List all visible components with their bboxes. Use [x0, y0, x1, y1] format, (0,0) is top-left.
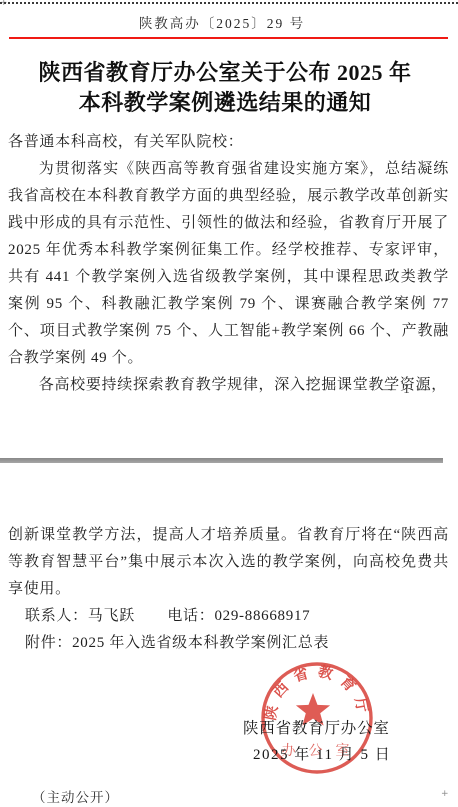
red-header-rule	[9, 37, 448, 39]
contact-phone: 电话：029-88668917	[167, 608, 310, 624]
document-title: 陕西省教育厅办公室关于公布 2025 年 本科教学案例遴选结果的通知	[0, 58, 450, 118]
page2-body: 创新课堂教学方法，提高人才培养质量。省教育厅将在“陕西高等教育智慧平台”集中展示…	[8, 522, 449, 657]
signature-date: 2025 年 11 月 5 日	[253, 743, 391, 764]
paragraph-2-page2: 创新课堂教学方法，提高人才培养质量。省教育厅将在“陕西高等教育智慧平台”集中展示…	[8, 522, 449, 603]
paragraph-1: 为贯彻落实《陕西高等教育强省建设实施方案》，总结凝练我省高校在本科教育教学方面的…	[8, 156, 449, 372]
document-title-line2: 本科教学案例遴选结果的通知	[0, 88, 450, 118]
top-dotted-line	[0, 2, 458, 4]
page1-body: 各普通本科高校，有关军队院校： 为贯彻落实《陕西高等教育强省建设实施方案》，总结…	[8, 129, 449, 399]
crop-mark-bottom-right: +	[441, 789, 449, 799]
document-page: + 陕教高办〔2025〕29 号 陕西省教育厅办公室关于公布 2025 年 本科…	[0, 0, 458, 807]
document-number: 陕教高办〔2025〕29 号	[0, 12, 444, 32]
signature-issuer: 陕西省教育厅办公室	[243, 716, 390, 738]
salutation: 各普通本科高校，有关军队院校：	[8, 129, 449, 156]
page-break-divider	[0, 458, 443, 463]
contact-line: 联系人：马飞跃 电话：029-88668917	[8, 603, 449, 630]
disclosure-note: （主动公开）	[32, 786, 119, 806]
page-number: — 1 —	[383, 381, 432, 397]
document-title-line1: 陕西省教育厅办公室关于公布 2025 年	[0, 58, 450, 88]
contact-person: 联系人：马飞跃	[25, 608, 135, 624]
attachment-line: 附件：2025 年入选省级本科教学案例汇总表	[8, 630, 449, 657]
